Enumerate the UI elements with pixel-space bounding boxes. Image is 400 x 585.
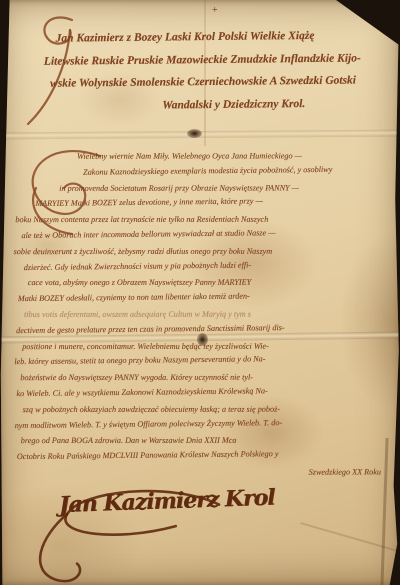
cross-mark: + [212, 5, 218, 16]
body-text: Wielebny wiernie Nam Miły. Wielebnego Oy… [13, 147, 389, 481]
heading-line: Wandalski y Dziedziczny Krol. [162, 92, 390, 117]
ink-blot [187, 129, 202, 138]
manuscript-line: Zakonu Kaznodzieyskiego exemplaris modes… [83, 161, 387, 180]
heading-line: wskie Wolynskie Smolenskie Czerniechowsk… [50, 69, 390, 95]
manuscript-line: ale też w Oborach inter incommoda bellor… [21, 224, 387, 244]
manuscript-line: ko Wieleb. Ci. ale y wszytkiemu Zakonowi… [16, 382, 388, 402]
manuscript-line: leb. którey assensu, stetit ta onego prz… [14, 350, 388, 370]
manuscript-line: dzierżeć. Gdy iednak Zwierzchności visum… [24, 256, 388, 276]
manuscript-line: dectivem de gesto prelature przez ten cz… [16, 319, 388, 339]
manuscript-line: Matki BOZEY odesłali, czyniemy to non ta… [18, 287, 388, 307]
manuscript-line: Octobris Roku Pańskiego MDCLVIII Panowan… [17, 445, 389, 465]
manuscript-line: MARYIEY Matki BOZEY zelus devotione, y i… [35, 192, 387, 212]
heading: Jan Kazimierz z Bozey Laski Krol Polski … [34, 24, 391, 118]
royal-signature: Jan Kazimierz Krol [22, 475, 335, 585]
manuscript-page: + Jan Kazimierz z Bozey Laski Krol Polsk… [0, 0, 400, 585]
